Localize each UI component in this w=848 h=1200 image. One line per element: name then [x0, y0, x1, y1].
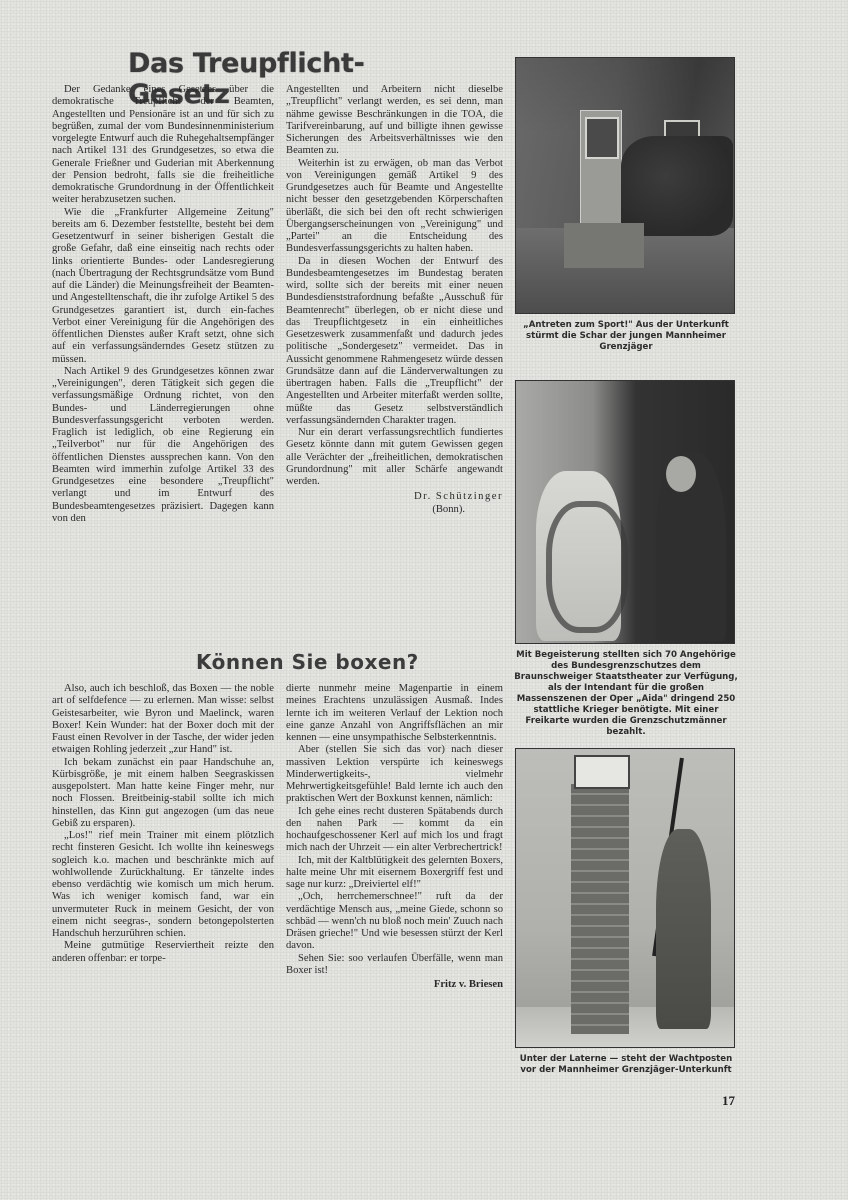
paragraph: dierte nunmehr meine Magenpartie in eine…	[286, 683, 503, 744]
paragraph: Wie die „Frankfurter Allgemeine Zeitung"…	[52, 207, 274, 366]
paragraph: Ich, mit der Kaltblütigkeit des gelernte…	[286, 855, 503, 892]
article2-column-1: Also, auch ich beschloß, das Boxen — the…	[52, 683, 274, 965]
photo-caption: Mit Begeisterung stellten sich 70 Angehö…	[512, 650, 740, 738]
paragraph: „Och, herrchemerschnee!" ruft da der ver…	[286, 891, 503, 952]
author-byline: Dr. Schützinger	[286, 491, 503, 503]
paragraph: Ich gehe eines recht dusteren Spätabends…	[286, 806, 503, 855]
author-location: (Bonn).	[286, 504, 503, 516]
photo-caption: Unter der Laterne — steht der Wachtposte…	[512, 1054, 740, 1076]
paragraph: Nach Artikel 9 des Grundgesetzes können …	[52, 366, 274, 525]
photo-caption: „Antreten zum Sport!" Aus der Unterkunft…	[512, 320, 740, 353]
article1-column-2: Angestellten und Arbeitern nicht dieselb…	[286, 84, 503, 516]
paragraph: Also, auch ich beschloß, das Boxen — the…	[52, 683, 274, 757]
paragraph: Angestellten und Arbeitern nicht dieselb…	[286, 84, 503, 158]
magazine-page: Das Treupflicht-Gesetz Der Gedanke eines…	[0, 0, 848, 1200]
paragraph: Da in diesen Wochen der Entwurf des Bund…	[286, 256, 503, 428]
paragraph: Meine gutmütige Reserviertheit reizte de…	[52, 940, 274, 965]
paragraph: Der Gedanke eines Gesetzes über die demo…	[52, 84, 274, 207]
paragraph: Aber (stellen Sie sich das vor) nach die…	[286, 744, 503, 805]
barracks-photo	[515, 57, 735, 314]
article-title-boxen: Können Sie boxen?	[196, 650, 456, 674]
paragraph: Weiterhin ist zu erwägen, ob man das Ver…	[286, 158, 503, 256]
sentry-photo	[515, 748, 735, 1048]
paragraph: Nur ein derart verfassungsrechtlich fund…	[286, 427, 503, 488]
paragraph: Ich bekam zunächst ein paar Handschuhe a…	[52, 757, 274, 831]
article1-column-1: Der Gedanke eines Gesetzes über die demo…	[52, 84, 274, 525]
paragraph: Sehen Sie: soo verlaufen Überfälle, wenn…	[286, 953, 503, 978]
author-byline: Fritz v. Briesen	[286, 979, 503, 991]
article2-column-2: dierte nunmehr meine Magenpartie in eine…	[286, 683, 503, 991]
aida-costume-photo	[515, 380, 735, 644]
page-number: 17	[722, 1093, 735, 1109]
paragraph: „Los!" rief mein Trainer mit einem plötz…	[52, 830, 274, 940]
